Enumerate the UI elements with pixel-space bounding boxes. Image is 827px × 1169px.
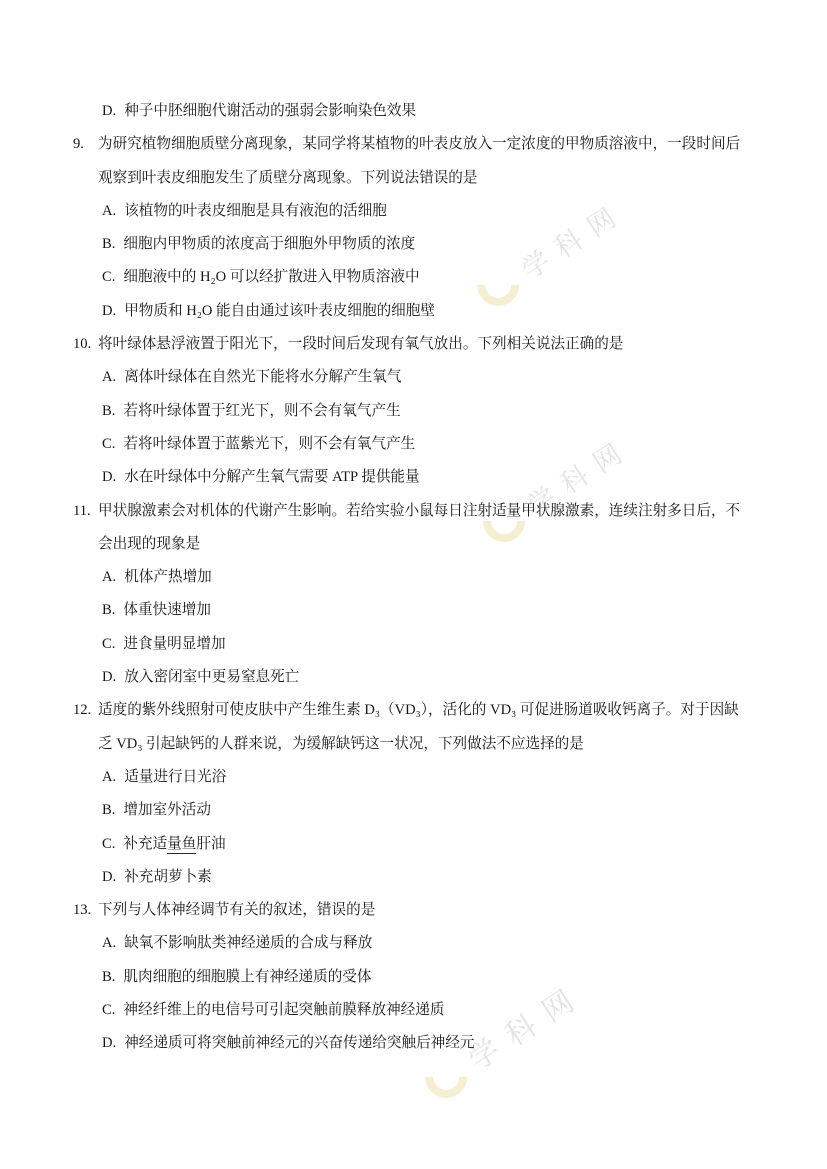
option-row-b: B.肌肉细胞的细胞膜上有神经递质的受体	[102, 961, 827, 994]
option-row-a: A.缺氧不影响肽类神经递质的合成与释放	[102, 927, 827, 960]
stem-line: 为研究植物细胞质壁分离现象，某同学将某植物的叶表皮放入一定浓度的甲物质溶液中，一…	[98, 128, 779, 161]
option-label: D.	[102, 661, 116, 694]
question-number: 9.	[73, 128, 84, 161]
option-label: C.	[102, 828, 115, 861]
option-text: 水在叶绿体中分解产生氧气需要 ATP 提供能量	[124, 469, 419, 485]
question-13: 13. 下列与人体神经调节有关的叙述，错误的是 A.缺氧不影响肽类神经递质的合成…	[0, 894, 827, 1060]
option-row-c: C.神经纤维上的电信号可引起突触前膜释放神经递质	[102, 994, 827, 1027]
option-label: B.	[102, 228, 115, 261]
stem-line: 下列与人体神经调节有关的叙述，错误的是	[98, 894, 779, 927]
question-stem: 适度的紫外线照射可使皮肤中产生维生素 D₃（VD₃），活化的 VD₃ 可促进肠道…	[98, 694, 779, 761]
option-text: 神经递质可将突触前神经元的兴奋传递给突触后神经元	[124, 1035, 474, 1051]
option-text: 增加室外活动	[123, 802, 211, 818]
option-text: 肌肉细胞的细胞膜上有神经递质的受体	[123, 969, 371, 985]
option-text: 细胞内甲物质的浓度高于细胞外甲物质的浓度	[123, 236, 415, 252]
option-label: C.	[102, 628, 115, 661]
option-text: 补充胡萝卜素	[124, 869, 212, 885]
option-label: D.	[102, 861, 116, 894]
option-text-underlined: 量鱼	[167, 836, 196, 854]
option-label: C.	[102, 428, 115, 461]
option-row-d: D.神经递质可将突触前神经元的兴奋传递给突触后神经元	[102, 1027, 827, 1060]
stem-line: 甲状腺激素会对机体的代谢产生影响。若给实验小鼠每日注射适量甲状腺激素，连续注射多…	[98, 495, 779, 528]
option-text: 体重快速增加	[123, 602, 211, 618]
question-stem: 将叶绿体悬浮液置于阳光下，一段时间后发现有氧气放出。下列相关说法正确的是	[98, 328, 779, 361]
question8-option-d: D.种子中胚细胞代谢活动的强弱会影响染色效果	[102, 95, 827, 128]
question-stem: 下列与人体神经调节有关的叙述，错误的是	[98, 894, 779, 927]
exam-content: D.种子中胚细胞代谢活动的强弱会影响染色效果 9. 为研究植物细胞质壁分离现象，…	[0, 95, 827, 1061]
option-text: 机体产热增加	[124, 569, 212, 585]
option-label: A.	[102, 195, 116, 228]
question-number: 13.	[73, 894, 91, 927]
option-label: D.	[102, 1027, 116, 1060]
question-stem: 为研究植物细胞质壁分离现象，某同学将某植物的叶表皮放入一定浓度的甲物质溶液中，一…	[98, 128, 779, 195]
option-label: A.	[102, 361, 116, 394]
option-text: 离体叶绿体在自然光下能将水分解产生氧气	[124, 369, 401, 385]
option-row-d: D.补充胡萝卜素	[102, 861, 827, 894]
option-text: 种子中胚细胞代谢活动的强弱会影响染色效果	[124, 103, 416, 119]
option-label: D.	[102, 461, 116, 494]
stem-line: 将叶绿体悬浮液置于阳光下，一段时间后发现有氧气放出。下列相关说法正确的是	[98, 328, 779, 361]
option-text: 若将叶绿体置于蓝紫光下，则不会有氧气产生	[123, 436, 415, 452]
option-row-a: A.适量进行日光浴	[102, 761, 827, 794]
option-label: B.	[102, 395, 115, 428]
question-stem: 甲状腺激素会对机体的代谢产生影响。若给实验小鼠每日注射适量甲状腺激素，连续注射多…	[98, 495, 779, 562]
stem-line: 会出现的现象是	[98, 528, 779, 561]
option-label: A.	[102, 761, 116, 794]
option-row-b: B.细胞内甲物质的浓度高于细胞外甲物质的浓度	[102, 228, 827, 261]
option-label: C.	[102, 261, 115, 294]
option-label: B.	[102, 961, 115, 994]
question-12: 12. 适度的紫外线照射可使皮肤中产生维生素 D₃（VD₃），活化的 VD₃ 可…	[0, 694, 827, 894]
option-row-c: C.若将叶绿体置于蓝紫光下，则不会有氧气产生	[102, 428, 827, 461]
option-text-segment: 补充适	[123, 836, 167, 852]
option-label: D.	[102, 95, 116, 128]
option-label: A.	[102, 927, 116, 960]
option-row-a: A.该植物的叶表皮细胞是具有液泡的活细胞	[102, 195, 827, 228]
option-text: 若将叶绿体置于红光下，则不会有氧气产生	[123, 403, 400, 419]
stem-line: 乏 VD₃ 引起缺钙的人群来说，为缓解缺钙这一状况，下列做法不应选择的是	[98, 728, 779, 761]
question-number: 12.	[73, 694, 91, 727]
option-row-a: A.离体叶绿体在自然光下能将水分解产生氧气	[102, 361, 827, 394]
question-11: 11. 甲状腺激素会对机体的代谢产生影响。若给实验小鼠每日注射适量甲状腺激素，连…	[0, 495, 827, 695]
option-row-d: D.水在叶绿体中分解产生氧气需要 ATP 提供能量	[102, 461, 827, 494]
option-row-c: C.进食量明显增加	[102, 628, 827, 661]
option-text: 放入密闭室中更易窒息死亡	[124, 669, 299, 685]
option-row-c: C.细胞液中的 H₂O 可以经扩散进入甲物质溶液中	[102, 261, 827, 294]
option-row-b: B.增加室外活动	[102, 794, 827, 827]
option-row-d: D.甲物质和 H₂O 能自由通过该叶表皮细胞的细胞壁	[102, 295, 827, 328]
option-label: D.	[102, 295, 116, 328]
option-row-b: B.体重快速增加	[102, 594, 827, 627]
option-label: B.	[102, 794, 115, 827]
option-text: 该植物的叶表皮细胞是具有液泡的活细胞	[124, 203, 387, 219]
option-row-a: A.机体产热增加	[102, 561, 827, 594]
stem-line: 适度的紫外线照射可使皮肤中产生维生素 D₃（VD₃），活化的 VD₃ 可促进肠道…	[98, 694, 779, 727]
option-text: 补充适量鱼肝油	[123, 836, 225, 854]
option-text: 适量进行日光浴	[124, 769, 226, 785]
option-text: 细胞液中的 H₂O 可以经扩散进入甲物质溶液中	[123, 269, 419, 285]
option-row-c: C.补充适量鱼肝油	[102, 828, 827, 861]
exam-page: { "page": { "background": "#ffffff", "te…	[0, 0, 827, 1169]
question-number: 10.	[73, 328, 91, 361]
option-label: A.	[102, 561, 116, 594]
question-9: 9. 为研究植物细胞质壁分离现象，某同学将某植物的叶表皮放入一定浓度的甲物质溶液…	[0, 128, 827, 328]
stem-line: 观察到叶表皮细胞发生了质壁分离现象。下列说法错误的是	[98, 162, 779, 195]
question-10: 10. 将叶绿体悬浮液置于阳光下，一段时间后发现有氧气放出。下列相关说法正确的是…	[0, 328, 827, 494]
option-row-b: B.若将叶绿体置于红光下，则不会有氧气产生	[102, 395, 827, 428]
option-label: C.	[102, 994, 115, 1027]
option-text: 神经纤维上的电信号可引起突触前膜释放神经递质	[123, 1002, 444, 1018]
option-text-segment: 肝油	[196, 836, 225, 852]
question-number: 11.	[73, 495, 91, 528]
option-row-d: D.放入密闭室中更易窒息死亡	[102, 661, 827, 694]
option-label: B.	[102, 594, 115, 627]
option-text: 进食量明显增加	[123, 636, 225, 652]
option-text: 缺氧不影响肽类神经递质的合成与释放	[124, 935, 372, 951]
option-text: 甲物质和 H₂O 能自由通过该叶表皮细胞的细胞壁	[124, 303, 435, 319]
